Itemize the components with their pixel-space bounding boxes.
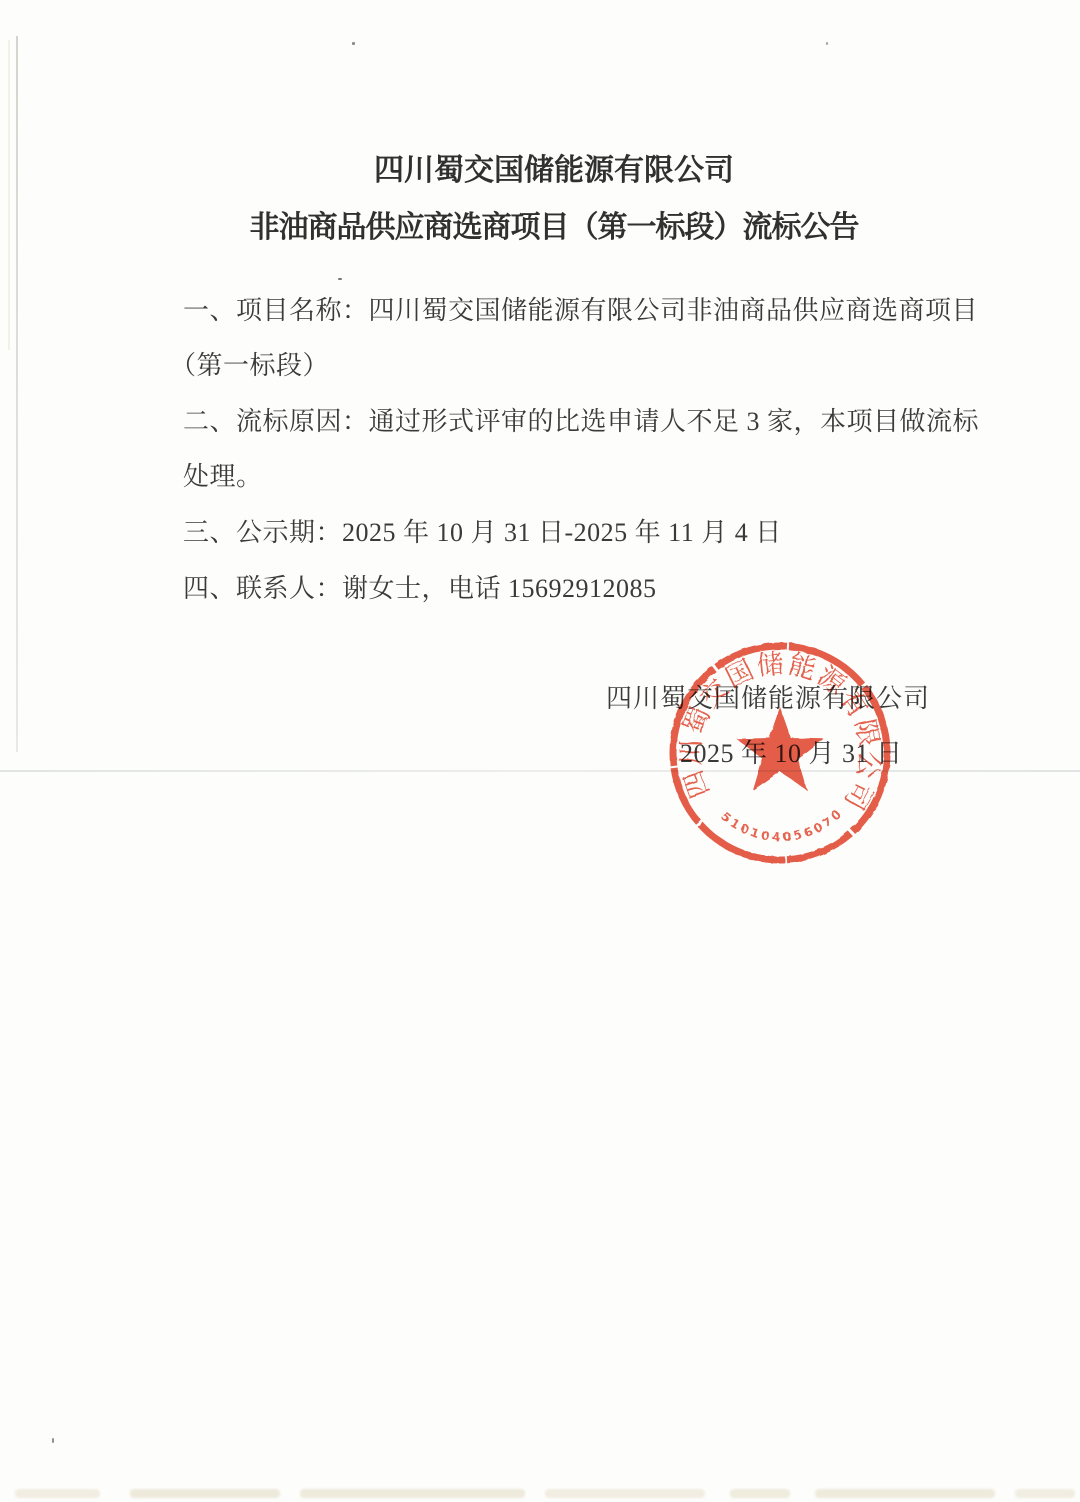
document-title-company: 四川蜀交国储能源有限公司 xyxy=(14,145,1080,189)
scan-edge-line-faint xyxy=(8,40,10,350)
red-star-icon xyxy=(736,707,823,790)
seal-serial-number: 5101040560702 xyxy=(630,603,846,844)
body-line-contact: 四、联系人：谢女士，电话 15692912085 xyxy=(183,568,657,605)
document-title-announcement: 非油商品供应商选商项目（第一标段）流标公告 xyxy=(14,202,1080,246)
body-line-section: （第一标段） xyxy=(170,345,329,382)
dust-speck xyxy=(826,42,828,45)
dust-speck xyxy=(52,1438,54,1443)
dust-speck xyxy=(338,278,342,280)
company-seal-stamp: 四川蜀交国储能源有限公司 5101040560702 xyxy=(630,603,930,903)
body-line-project-name: 一、项目名称：四川蜀交国储能源有限公司非油商品供应商选商项目 xyxy=(183,290,978,327)
body-line-treatment: 处理。 xyxy=(183,456,263,493)
scanned-document-page: 四川蜀交国储能源有限公司 非油商品供应商选商项目（第一标段）流标公告 一、项目名… xyxy=(0,0,1080,1502)
scan-edge-line xyxy=(16,36,18,752)
dust-speck xyxy=(352,42,355,45)
page-bottom-bleedthrough xyxy=(0,1487,1080,1502)
body-line-publicity-period: 三、公示期：2025 年 10 月 31 日-2025 年 11 月 4 日 xyxy=(183,512,782,549)
body-line-failure-reason: 二、流标原因：通过形式评审的比选申请人不足 3 家，本项目做流标 xyxy=(183,401,979,438)
